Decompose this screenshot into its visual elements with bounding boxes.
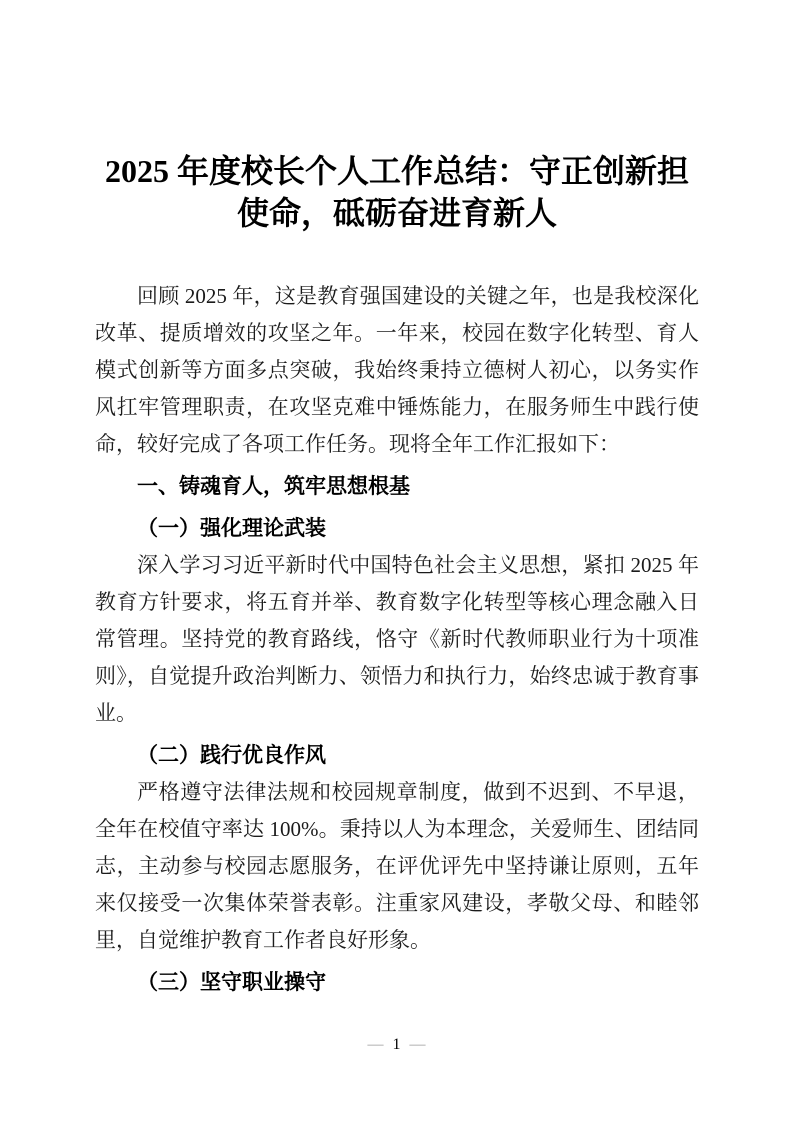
page-footer: —1— [0,1034,793,1056]
subsection-1-3-heading: （三）坚守职业操守 [95,964,699,1001]
subsection-1-2-paragraph: 严格遵守法律法规和校园规章制度，做到不迟到、不早退，全年在校值守率达 100%。… [95,774,699,959]
document-page: 2025 年度校长个人工作总结：守正创新担使命，砥砺奋进育新人 回顾 2025 … [0,0,793,1122]
section-1-heading: 一、铸魂育人，筑牢思想根基 [95,468,699,505]
subsection-1-1-heading: （一）强化理论武装 [95,510,699,547]
footer-dash-left: — [368,1036,384,1053]
subsection-1-1-paragraph: 深入学习习近平新时代中国特色社会主义思想，紧扣 2025 年教育方针要求，将五育… [95,547,699,732]
document-title: 2025 年度校长个人工作总结：守正创新担使命，砥砺奋进育新人 [95,150,699,234]
document-body: 2025 年度校长个人工作总结：守正创新担使命，砥砺奋进育新人 回顾 2025 … [95,150,699,1001]
footer-dash-right: — [410,1036,426,1053]
page-number: 1 [393,1036,401,1053]
subsection-1-2-heading: （二）践行优良作风 [95,737,699,774]
intro-paragraph: 回顾 2025 年，这是教育强国建设的关键之年，也是我校深化改革、提质增效的攻坚… [95,278,699,463]
